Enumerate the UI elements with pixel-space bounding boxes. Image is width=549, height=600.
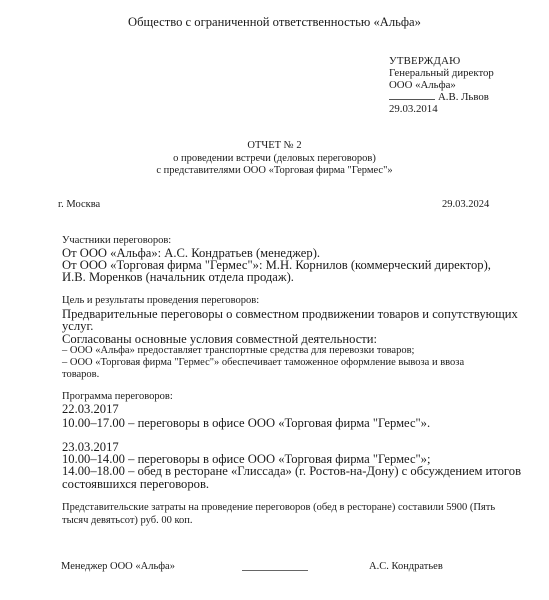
goals-condition: – ООО «Торговая фирма "Гермес"» обеспечи… (62, 358, 464, 369)
program-day-date: 22.03.2017 (62, 403, 119, 416)
report-subtitle-1: о проведении встречи (деловых переговоро… (0, 154, 549, 165)
approval-signature-line: А.В. Львов (389, 92, 489, 103)
signature-position: Менеджер ООО «Альфа» (61, 562, 175, 573)
signature-underline (389, 98, 435, 100)
participant-line: И.В. Моренков (начальник отдела продаж). (62, 271, 294, 284)
approval-title: УТВЕРЖДАЮ (389, 56, 460, 67)
approval-date: 29.03.2014 (389, 104, 438, 115)
signature-blank-line (242, 570, 308, 571)
goals-condition: товаров. (62, 370, 99, 381)
goals-line: услуг. (62, 320, 93, 333)
goals-condition: – ООО «Альфа» предоставляет транспортные… (62, 346, 414, 357)
program-heading: Программа переговоров: (62, 392, 173, 403)
report-title: ОТЧЕТ № 2 (0, 141, 549, 152)
city: г. Москва (58, 200, 100, 211)
approval-position: Генеральный директор (389, 68, 494, 79)
program-item: 14.00–18.00 – обед в ресторане «Глиссада… (62, 465, 521, 478)
goals-heading: Цель и результаты проведения переговоров… (62, 296, 259, 307)
program-item: состоявшихся переговоров. (62, 478, 209, 491)
program-item: 10.00–17.00 – переговоры в офисе ООО «То… (62, 417, 430, 430)
approval-company: ООО «Альфа» (389, 80, 456, 91)
report-date: 29.03.2024 (442, 200, 489, 211)
signature-name: А.С. Кондратьев (369, 562, 443, 573)
goals-line: Предварительные переговоры о совместном … (62, 308, 518, 321)
expenses-line: Представительские затраты на проведение … (62, 503, 495, 514)
approval-signatory: А.В. Львов (438, 91, 489, 103)
report-subtitle-2: с представителями ООО «Торговая фирма "Г… (0, 166, 549, 177)
organization-header: Общество с ограниченной ответственностью… (0, 16, 549, 29)
expenses-line: тысяч девятьсот) руб. 00 коп. (62, 516, 193, 527)
goals-line: Согласованы основные условия совместной … (62, 333, 377, 346)
participants-heading: Участники переговоров: (62, 236, 171, 247)
